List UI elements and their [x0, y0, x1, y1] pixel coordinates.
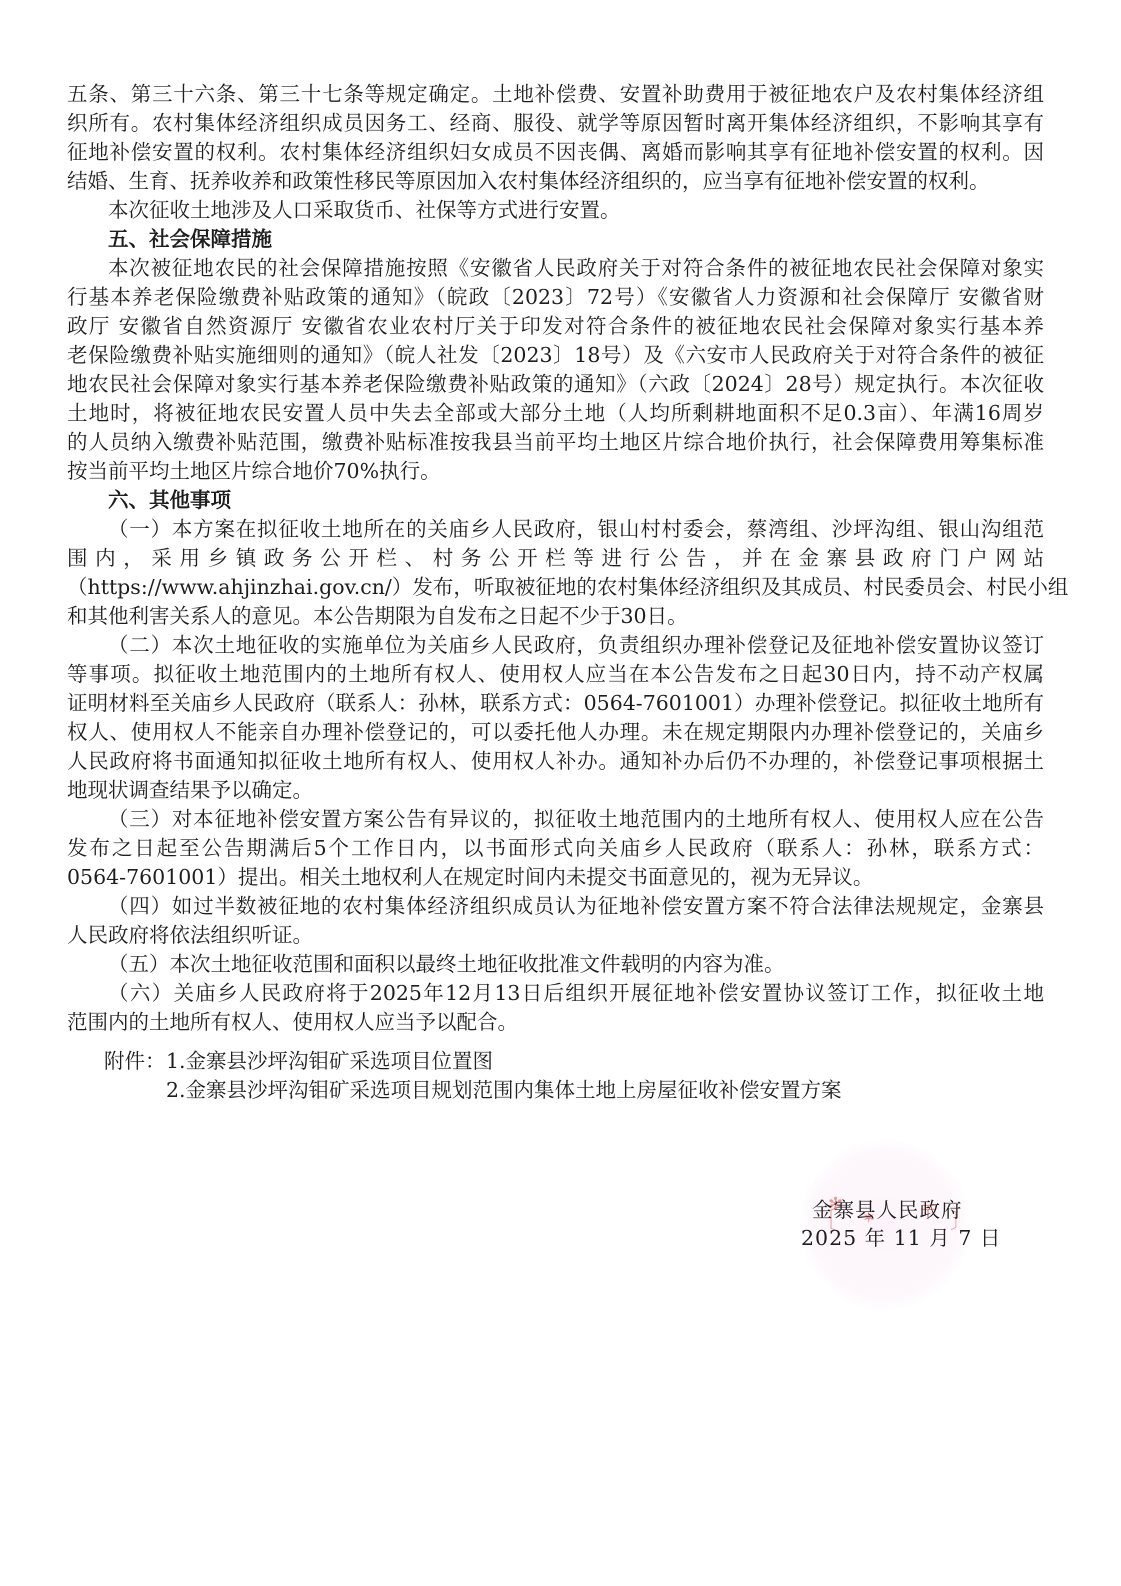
body-line: （一）本方案在拟征收土地所在的关庙乡人民政府，银山村村委会，蔡湾组、沙坪沟组、银…	[108, 515, 1044, 544]
body-line: 土地时，将被征地农民安置人员中失去全部或大部分土地（人均所剩耕地面积不足0.3亩…	[67, 399, 1044, 428]
body-line: 权人、使用权人不能亲自办理补偿登记的，可以委托他人办理。未在规定期限内办理补偿登…	[67, 718, 1044, 747]
body-line: 五条、第三十六条、第三十七条等规定确定。土地补偿费、安置补助费用于被征地农户及农…	[67, 80, 1044, 109]
attachments-label: 附件：	[104, 1047, 166, 1076]
attachment-item: 2.金寨县沙坪沟钼矿采选项目规划范围内集体土地上房屋征收补偿安置方案	[166, 1076, 842, 1105]
body-line: 地农民社会保障对象实行基本养老保险缴费补贴政策的通知》（六政〔2024〕28号）…	[67, 370, 1044, 399]
section-heading-social-security: 五、社会保障措施	[108, 225, 1044, 254]
body-line: 等事项。拟征收土地范围内的土地所有权人、使用权人应当在本公告发布之日起30日内，…	[67, 660, 1044, 689]
body-line: 地现状调查结果予以确定。	[67, 776, 1044, 805]
body-line: 人民政府将书面通知拟征收土地所有权人、使用权人补办。通知补办后仍不办理的，补偿登…	[67, 747, 1044, 776]
body-line: 政厅 安徽省自然资源厅 安徽省农业农村厅关于印发对符合条件的被征地农民社会保障对…	[67, 312, 1044, 341]
body-line: 老保险缴费补贴实施细则的通知》（皖人社发〔2023〕18号）及《六安市人民政府关…	[67, 341, 1044, 370]
body-line: 结婚、生育、抚养收养和政策性移民等原因加入农村集体经济组织的，应当享有征地补偿安…	[67, 167, 1044, 196]
body-line: 征地补偿安置的权利。农村集体经济组织妇女成员不因丧偶、离婚而影响其享有征地补偿安…	[67, 138, 1044, 167]
body-line: （四）如过半数被征地的农村集体经济组织成员认为征地补偿安置方案不符合法律法规规定…	[108, 892, 1044, 921]
body-line: （二）本次土地征收的实施单位为关庙乡人民政府，负责组织办理补偿登记及征地补偿安置…	[108, 631, 1044, 660]
body-line: 本次被征地农民的社会保障措施按照《安徽省人民政府关于对符合条件的被征地农民社会保…	[108, 254, 1044, 283]
body-line: （三）对本征地补偿安置方案公告有异议的，拟征收土地范围内的土地所有权人、使用权人…	[108, 805, 1044, 834]
body-line: 的人员纳入缴费补贴范围，缴费补贴标准按我县当前平均土地区片综合地价执行，社会保障…	[67, 428, 1044, 457]
body-line: 发布之日起至公告期满后5个工作日内，以书面形式向关庙乡人民政府（联系人：孙林，联…	[67, 834, 1044, 863]
body-line: （五）本次土地征收范围和面积以最终土地征收批准文件载明的内容为准。	[108, 950, 1044, 979]
body-line: 按当前平均土地区片综合地价70%执行。	[67, 457, 1044, 486]
section-heading-other-matters: 六、其他事项	[108, 486, 1044, 515]
body-line: 人民政府将依法组织听证。	[67, 921, 1044, 950]
body-line: （六）关庙乡人民政府将于2025年12月13日后组织开展征地补偿安置协议签订工作…	[108, 979, 1044, 1008]
body-line-with-url: （https://www.ahjinzhai.gov.cn/）发布，听取被征地的…	[67, 573, 1044, 602]
attachment-item: 1.金寨县沙坪沟钼矿采选项目位置图	[166, 1047, 493, 1076]
body-line: 行基本养老保险缴费补贴政策的通知》（皖政〔2023〕72号）《安徽省人力资源和社…	[67, 283, 1044, 312]
body-line: 和其他利害关系人的意见。本公告期限为自发布之日起不少于30日。	[67, 602, 1044, 631]
issue-date: 2025 年 11 月 7 日	[801, 1224, 1001, 1252]
issuer-name: 金寨县人民政府	[812, 1196, 963, 1224]
body-line: 围内，采用乡镇政务公开栏、村务公开栏等进行公告，并在金寨县政府门户网站	[67, 544, 1044, 573]
body-line: 范围内的土地所有权人、使用权人应当予以配合。	[67, 1008, 1044, 1037]
document-page: 五条、第三十六条、第三十七条等规定确定。土地补偿费、安置补助费用于被征地农户及农…	[0, 0, 1121, 1586]
body-line: 本次征收土地涉及人口采取货币、社保等方式进行安置。	[108, 196, 1044, 225]
body-line: 织所有。农村集体经济组织成员因务工、经商、服役、就学等原因暂时离开集体经济组织，…	[67, 109, 1044, 138]
body-line: 0564-7601001）提出。相关土地权利人在规定时间内未提交书面意见的，视为…	[67, 863, 1044, 892]
body-line: 证明材料至关庙乡人民政府（联系人：孙林，联系方式：0564-7601001）办理…	[67, 689, 1044, 718]
